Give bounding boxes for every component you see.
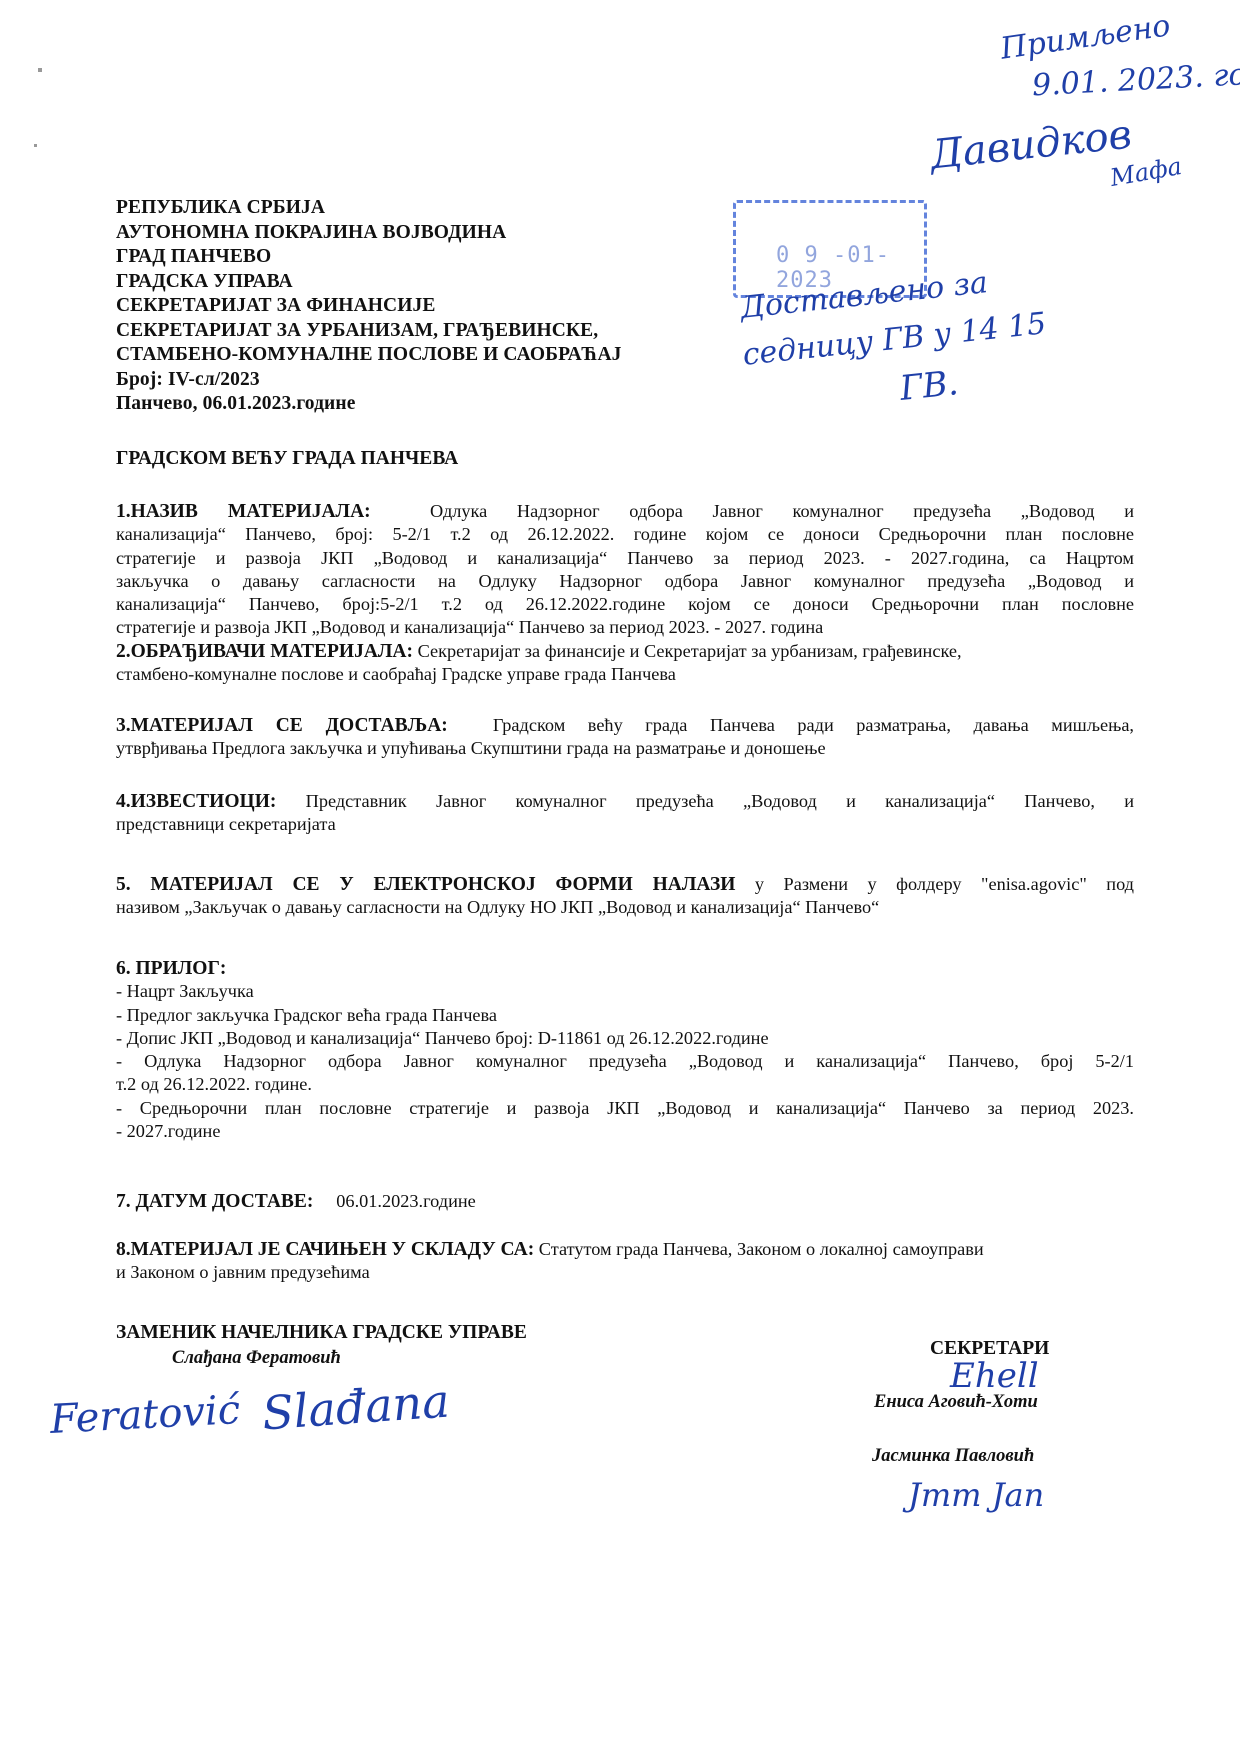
attachment-item: т.2 од 26.12.2022. године. (116, 1073, 1134, 1096)
section-3-text: утврђивања Предлога закључка и упућивања… (116, 737, 1134, 760)
scan-speck (38, 68, 42, 72)
section-5-first-line: 5. МАТЕРИЈАЛ СЕ У ЕЛЕКТРОНСКОЈ ФОРМИ НАЛ… (116, 873, 1134, 896)
section-2-text: стамбено-комуналне послове и саобраћај Г… (116, 663, 1134, 686)
handwritten-signature: Jmm Jan (908, 1476, 1044, 1514)
section-6-label: 6. ПРИЛОГ: (116, 958, 226, 979)
letterhead-line: ГРАДСКА УПРАВА (116, 270, 622, 295)
section-6: 6. ПРИЛОГ: - Нацрт Закључка - Предлог за… (116, 957, 1134, 1143)
handwritten-signature: Slađana (260, 1374, 451, 1441)
document-date: Панчево, 06.01.2023.године (116, 392, 622, 417)
section-8-text: Статутом града Панчева, Законом о локалн… (539, 1239, 984, 1259)
handwritten-signature: Ehell (950, 1356, 1039, 1396)
section-2-first-line: 2.ОБРАЂИВАЧИ МАТЕРИЈАЛА: Секретаријат за… (116, 640, 1134, 663)
section-2: 2.ОБРАЂИВАЧИ МАТЕРИЈАЛА: Секретаријат за… (116, 640, 1134, 687)
attachment-item: - Предлог закључка Градског већа града П… (116, 1004, 1134, 1027)
handwritten-signature: Давидков (928, 112, 1134, 179)
attachment-item: - Нацрт Закључка (116, 980, 1134, 1003)
section-8-first-line: 8.МАТЕРИЈАЛ ЈЕ САЧИЊЕН У СКЛАДУ СА: Стат… (116, 1238, 1134, 1261)
letterhead-line: СТАМБЕНО-КОМУНАЛНЕ ПОСЛОВЕ И САОБРАЋАЈ (116, 343, 622, 368)
section-4-first-line: 4.ИЗВЕСТИОЦИ: Представник Јавног комунал… (116, 790, 1134, 813)
scan-speck (34, 144, 37, 147)
section-7-label: 7. ДАТУМ ДОСТАВЕ: (116, 1191, 313, 1212)
section-8: 8.МАТЕРИЈАЛ ЈЕ САЧИЊЕН У СКЛАДУ СА: Стат… (116, 1238, 1134, 1285)
attachment-item: - Средњорочни план пословне стратегије и… (116, 1097, 1134, 1120)
letterhead-line: СЕКРЕТАРИЈАТ ЗА УРБАНИЗАМ, ГРАЂЕВИНСКЕ, (116, 319, 622, 344)
section-5-label: 5. МАТЕРИЈАЛ СЕ У ЕЛЕКТРОНСКОЈ ФОРМИ НАЛ… (116, 874, 735, 895)
section-1-text: закључка о давању сагласности на Одлуку … (116, 570, 1134, 593)
section-4: 4.ИЗВЕСТИОЦИ: Представник Јавног комунал… (116, 790, 1134, 837)
secretary-name: Ениса Аговић-Хоти (874, 1392, 1038, 1413)
section-1-label: 1.НАЗИВ МАТЕРИЈАЛА: (116, 501, 371, 522)
deputy-head-title: ЗАМЕНИК НАЧЕЛНИКА ГРАДСКЕ УПРАВЕ (116, 1322, 527, 1344)
section-1-text: Одлука Надзорног одбора Јавног комунално… (430, 501, 1134, 521)
attachment-item: - Одлука Надзорног одбора Јавног комунал… (116, 1050, 1134, 1073)
letterhead: РЕПУБЛИКА СРБИЈА АУТОНОМНА ПОКРАЈИНА ВОЈ… (116, 196, 622, 417)
section-3-text: Градском већу града Панчева ради разматр… (493, 715, 1134, 735)
section-4-text: представници секретаријата (116, 813, 1134, 836)
attachment-item: - Допис ЈКП „Водовод и канализација“ Пан… (116, 1027, 1134, 1050)
section-1-text: стратегије и развоја ЈКП „Водовод и кана… (116, 616, 1134, 639)
handwritten-received: Примљено (998, 8, 1172, 66)
section-4-label: 4.ИЗВЕСТИОЦИ: (116, 791, 276, 812)
section-4-text: Представник Јавног комуналног предузећа … (306, 791, 1134, 811)
section-1-first-line: 1.НАЗИВ МАТЕРИЈАЛА: Одлука Надзорног одб… (116, 500, 1134, 523)
section-2-label: 2.ОБРАЂИВАЧИ МАТЕРИЈАЛА: (116, 641, 413, 662)
attachment-item: - 2027.године (116, 1120, 1134, 1143)
section-3-label: 3.МАТЕРИЈАЛ СЕ ДОСТАВЉА: (116, 715, 448, 736)
document-number: Број: IV-сл/2023 (116, 368, 622, 393)
section-5: 5. МАТЕРИЈАЛ СЕ У ЕЛЕКТРОНСКОЈ ФОРМИ НАЛ… (116, 873, 1134, 920)
letterhead-line: РЕПУБЛИКА СРБИЈА (116, 196, 622, 221)
section-8-text: и Законом о јавним предузећима (116, 1261, 1134, 1284)
letterhead-line: ГРАД ПАНЧЕВО (116, 245, 622, 270)
section-2-text: Секретаријат за финансије и Секретаријат… (418, 641, 962, 661)
section-5-text: у Размени у фолдеру "enisa.agovic" под (755, 874, 1134, 894)
section-1-text: канализација“ Панчево, број: 5-2/1 т.2 о… (116, 523, 1134, 546)
section-5-text: називом „Закључак о давању сагласности н… (116, 896, 1134, 919)
section-1: 1.НАЗИВ МАТЕРИЈАЛА: Одлука Надзорног одб… (116, 500, 1134, 640)
secretary-name: Јасминка Павловић (872, 1446, 1034, 1467)
handwritten-received-date: 9.01. 2023. год. (1031, 56, 1240, 104)
letterhead-line: АУТОНОМНА ПОКРАЈИНА ВОЈВОДИНА (116, 221, 622, 246)
handwritten-stamp-initials: ГВ. (898, 363, 960, 409)
addressee: ГРАДСКОМ ВЕЋУ ГРАДА ПАНЧЕВА (116, 448, 458, 470)
section-7: 7. ДАТУМ ДОСТАВЕ: 06.01.2023.године (116, 1190, 1134, 1213)
handwritten-signature: Feratović (49, 1387, 241, 1443)
section-3: 3.МАТЕРИЈАЛ СЕ ДОСТАВЉА: Градском већу г… (116, 714, 1134, 761)
section-8-label: 8.МАТЕРИЈАЛ ЈЕ САЧИЊЕН У СКЛАДУ СА: (116, 1239, 534, 1260)
section-3-first-line: 3.МАТЕРИЈАЛ СЕ ДОСТАВЉА: Градском већу г… (116, 714, 1134, 737)
section-1-text: стратегије и развоја ЈКП „Водовод и кана… (116, 547, 1134, 570)
letterhead-line: СЕКРЕТАРИЈАТ ЗА ФИНАНСИЈЕ (116, 294, 622, 319)
section-1-text: канализација“ Панчево, број:5-2/1 т.2 од… (116, 593, 1134, 616)
delivery-date: 06.01.2023.године (336, 1191, 475, 1211)
deputy-head-name: Слађана Фератовић (172, 1348, 341, 1369)
